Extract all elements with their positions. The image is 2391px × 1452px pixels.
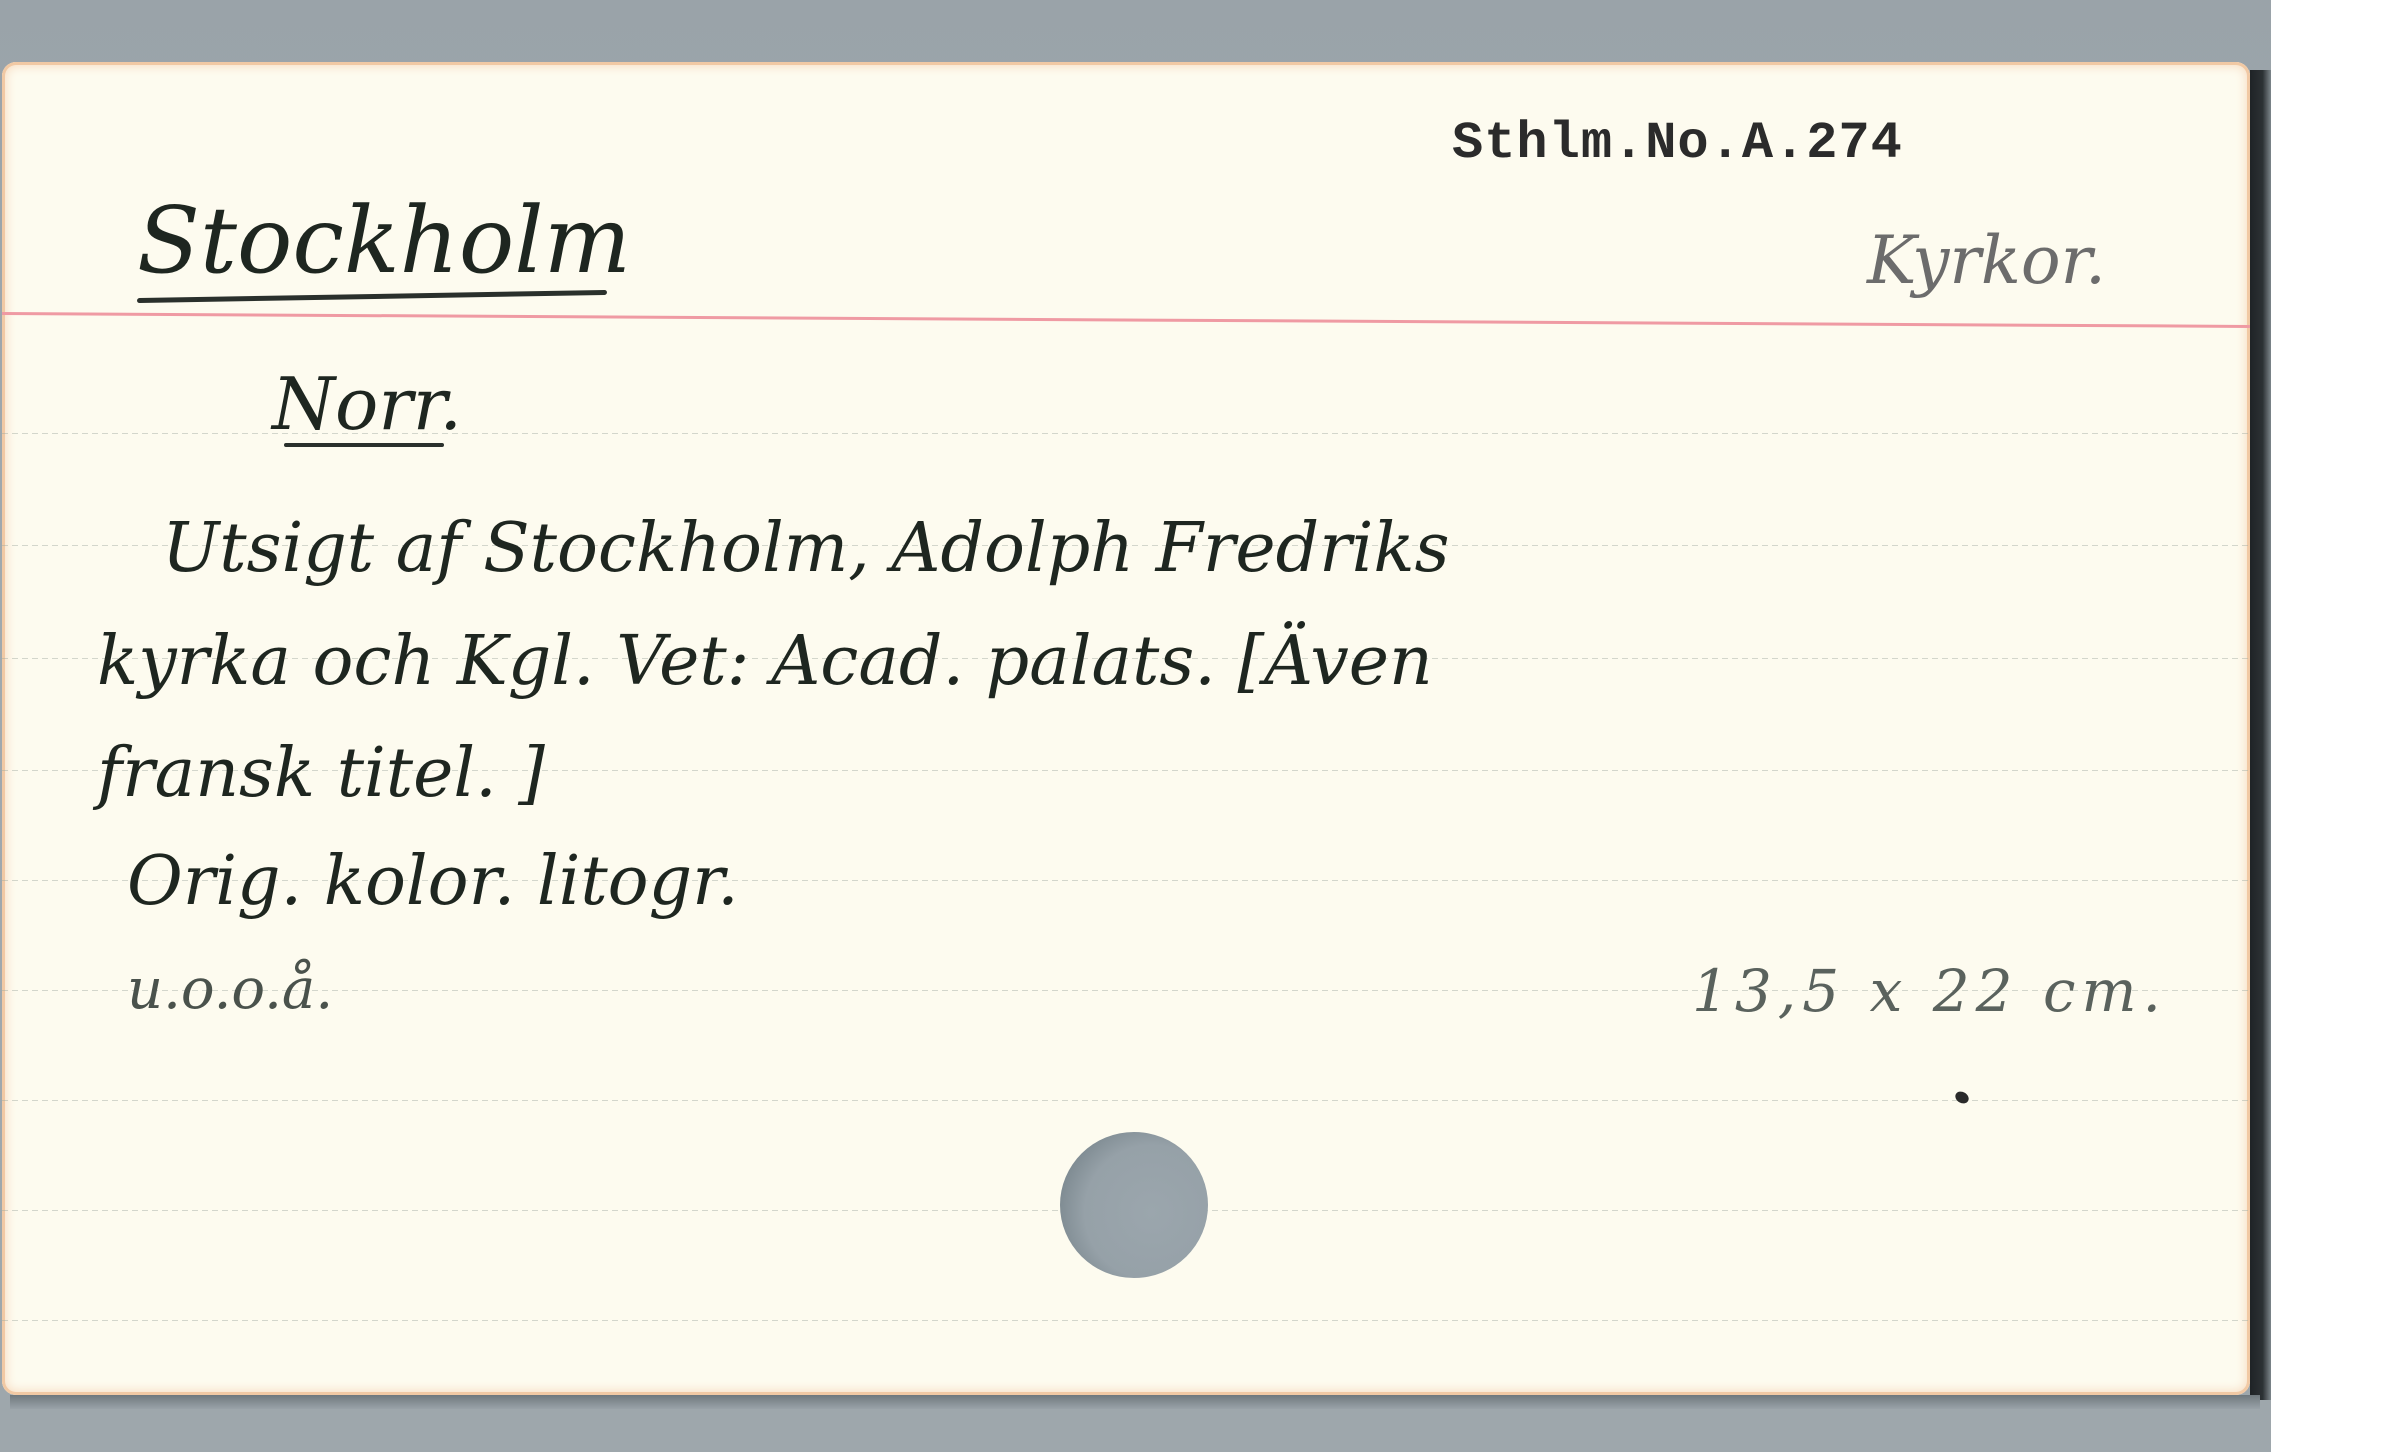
description-line: fransk titel. ] (97, 734, 545, 813)
card-shadow-bottom (10, 1395, 2260, 1409)
card-subheading: Norr. (272, 362, 462, 446)
technique-note: Orig. kolor. litogr. (127, 842, 739, 921)
category-label: Kyrkor. (1867, 222, 2106, 299)
ink-spot (1953, 1089, 1971, 1106)
dimensions-note: 13,5 x 22 cm. (1692, 957, 2167, 1025)
subheading-underline (284, 443, 444, 447)
description-line: Utsigt af Stockholm, Adolph Fredriks (162, 509, 1449, 588)
card-heading: Stockholm (137, 187, 631, 294)
description-line: kyrka och Kgl. Vet: Acad. palats. [Även (97, 622, 1433, 701)
date-place-note: u.o.o.å. (127, 957, 333, 1022)
catalog-card: Sthlm.No.A.274 Stockholm Kyrkor. Norr. U… (2, 62, 2250, 1395)
ruling-line (2, 1100, 2250, 1101)
header-red-rule (2, 312, 2250, 328)
punch-hole (1060, 1132, 1208, 1278)
card-shadow-right (2250, 70, 2271, 1400)
ruling-line (2, 1320, 2250, 1321)
call-number: Sthlm.No.A.274 (1452, 114, 1903, 173)
